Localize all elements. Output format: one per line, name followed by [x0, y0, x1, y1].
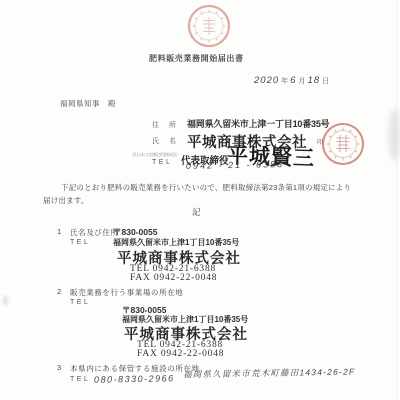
- section3-tel-handwritten: 080-8330-2966: [94, 373, 175, 384]
- scan-smudge-artifact: [389, 110, 400, 160]
- scanned-document-page: 肥料販売業務開始届出書 2020年6月18日 福岡県知事 殿 住 所 福岡県久留…: [0, 0, 400, 400]
- applicant-name-label-char: 名: [169, 136, 176, 146]
- corporate-note: （法人にあっては名称及び代表者の氏名）: [131, 151, 179, 157]
- scan-edge-artifact: [396, 0, 397, 400]
- section1-fax-line: FAX 0942-22-0048: [130, 273, 217, 283]
- applicant-address: 福岡県久留米市上津一丁目10番35号: [187, 117, 329, 130]
- date-month-suffix: 月: [298, 78, 305, 85]
- section3-label: 本県内にある保管する施設の所在地: [70, 363, 200, 374]
- section2-tel-label: TEL: [70, 299, 90, 306]
- section1-tel-label: TEL: [70, 239, 90, 246]
- section3-facility-address-handwritten: 福岡県久留米市荒木町藤田1434-26-2F: [183, 365, 356, 380]
- section2-number: 2: [57, 287, 61, 296]
- scan-smudge-artifact: [3, 296, 8, 305]
- date-day-suffix: 日: [322, 78, 329, 85]
- section1-number: 1: [57, 227, 61, 236]
- applicant-address-label: 住 所: [152, 120, 176, 130]
- applicant-name-label: 氏 名: [152, 136, 176, 146]
- applicant-tel-label: TEL: [152, 159, 172, 166]
- section2-label: 販売業務を行う事業場の所在地: [70, 287, 183, 298]
- applicant-name-label-char: 氏: [152, 136, 159, 146]
- body-paragraph-line1: 下記のとおり肥料の販売業務を行いたいので、肥料取締法第23条第1項の規定により: [61, 182, 351, 193]
- applicant-address-label-char: 所: [169, 120, 176, 130]
- document-title: 肥料販売業務開始届出書: [149, 53, 244, 64]
- applicant-address-label-char: 住: [152, 120, 159, 130]
- company-round-seal-icon: [320, 121, 366, 167]
- record-heading: 記: [192, 206, 201, 218]
- section3-tel-label: TEL: [70, 376, 90, 383]
- section2-fax-line: FAX 0942-22-0048: [137, 349, 224, 359]
- recipient-line: 福岡県知事 殿: [60, 98, 116, 109]
- date-year-suffix: 年: [281, 78, 288, 85]
- section1-label: 氏名及び住所: [70, 227, 119, 238]
- date-month: 6: [290, 75, 296, 86]
- body-paragraph-line2: 届け出ます。: [43, 195, 89, 206]
- section3-number: 3: [57, 363, 61, 372]
- applicant-tel-handwritten: 0942 - 21 - 6388: [186, 159, 284, 171]
- date-year: 2020: [254, 75, 279, 86]
- date-day: 18: [307, 75, 320, 86]
- submission-date: 2020年6月18日: [254, 75, 331, 86]
- office-receipt-seal-icon: [186, 3, 232, 49]
